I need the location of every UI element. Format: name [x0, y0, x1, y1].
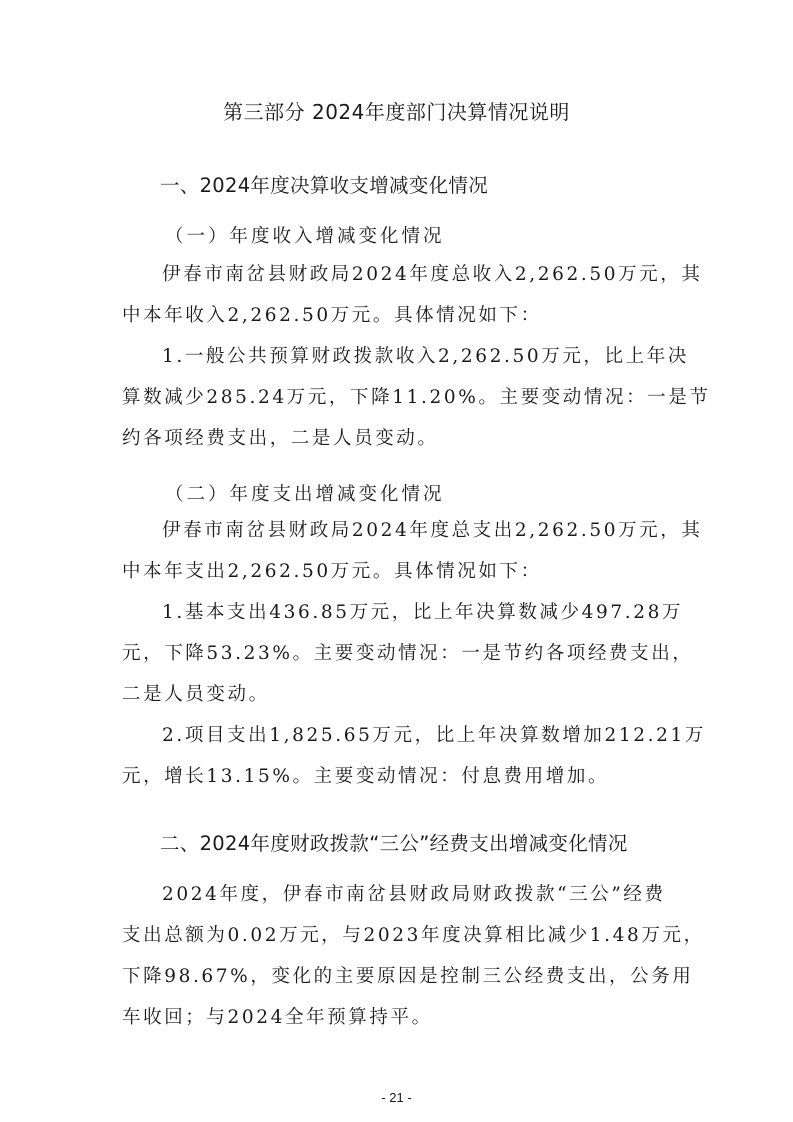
text-line: 车收回；与2024全年预算持平。 — [122, 997, 640, 1038]
income-subheading: （一）年度收入增减变化情况 — [165, 222, 445, 248]
expenditure-subheading: （二）年度支出增减变化情况 — [165, 480, 445, 506]
text-line: 二是人员变动。 — [122, 674, 640, 715]
text-line: 中本年收入2,262.50万元。具体情况如下： — [122, 295, 640, 336]
section1-heading: 一、2024年度决算收支增减变化情况 — [160, 170, 488, 198]
income-summary-paragraph: 伊春市南岔县财政局2024年度总收入2,262.50万元，其 中本年收入2,26… — [160, 254, 640, 336]
text-line: 中本年支出2,262.50万元。具体情况如下： — [122, 551, 640, 592]
expenditure-item1-paragraph: 1.基本支出436.85万元，比上年决算数减少497.28万 元，下降53.23… — [160, 592, 640, 715]
expenditure-summary-paragraph: 伊春市南岔县财政局2024年度总支出2,262.50万元，其 中本年支出2,26… — [160, 510, 640, 592]
text-line: 元，下降53.23%。主要变动情况：一是节约各项经费支出， — [122, 633, 640, 674]
text-line: 2.项目支出1,825.65万元，比上年决算数增加212.21万 — [160, 715, 640, 756]
text-line: 伊春市南岔县财政局2024年度总支出2,262.50万元，其 — [160, 510, 640, 551]
text-line: 元，增长13.15%。主要变动情况：付息费用增加。 — [122, 756, 640, 797]
text-line: 支出总额为0.02万元，与2023年度决算相比减少1.48万元， — [122, 915, 640, 956]
text-line: 下降98.67%，变化的主要原因是控制三公经费支出，公务用 — [122, 956, 640, 997]
page-title: 第三部分 2024年度部门决算情况说明 — [0, 96, 793, 125]
section2-heading: 二、2024年度财政拨款“三公”经费支出增减变化情况 — [160, 828, 628, 856]
text-line: 1.基本支出436.85万元，比上年决算数减少497.28万 — [160, 592, 640, 633]
income-item1-paragraph: 1.一般公共预算财政拨款收入2,262.50万元，比上年决 算数减少285.24… — [160, 336, 640, 459]
document-page: 第三部分 2024年度部门决算情况说明 一、2024年度决算收支增减变化情况 （… — [0, 0, 793, 1122]
text-line: 算数减少285.24万元，下降11.20%。主要变动情况：一是节 — [122, 377, 640, 418]
three-public-expenses-paragraph: 2024年度，伊春市南岔县财政局财政拨款“三公”经费 支出总额为0.02万元，与… — [160, 874, 640, 1038]
text-line: 伊春市南岔县财政局2024年度总收入2,262.50万元，其 — [160, 254, 640, 295]
expenditure-item2-paragraph: 2.项目支出1,825.65万元，比上年决算数增加212.21万 元，增长13.… — [160, 715, 640, 797]
text-line: 1.一般公共预算财政拨款收入2,262.50万元，比上年决 — [160, 336, 640, 377]
text-line: 2024年度，伊春市南岔县财政局财政拨款“三公”经费 — [160, 874, 640, 915]
page-number: - 21 - — [0, 1090, 793, 1105]
text-line: 约各项经费支出，二是人员变动。 — [122, 418, 640, 459]
